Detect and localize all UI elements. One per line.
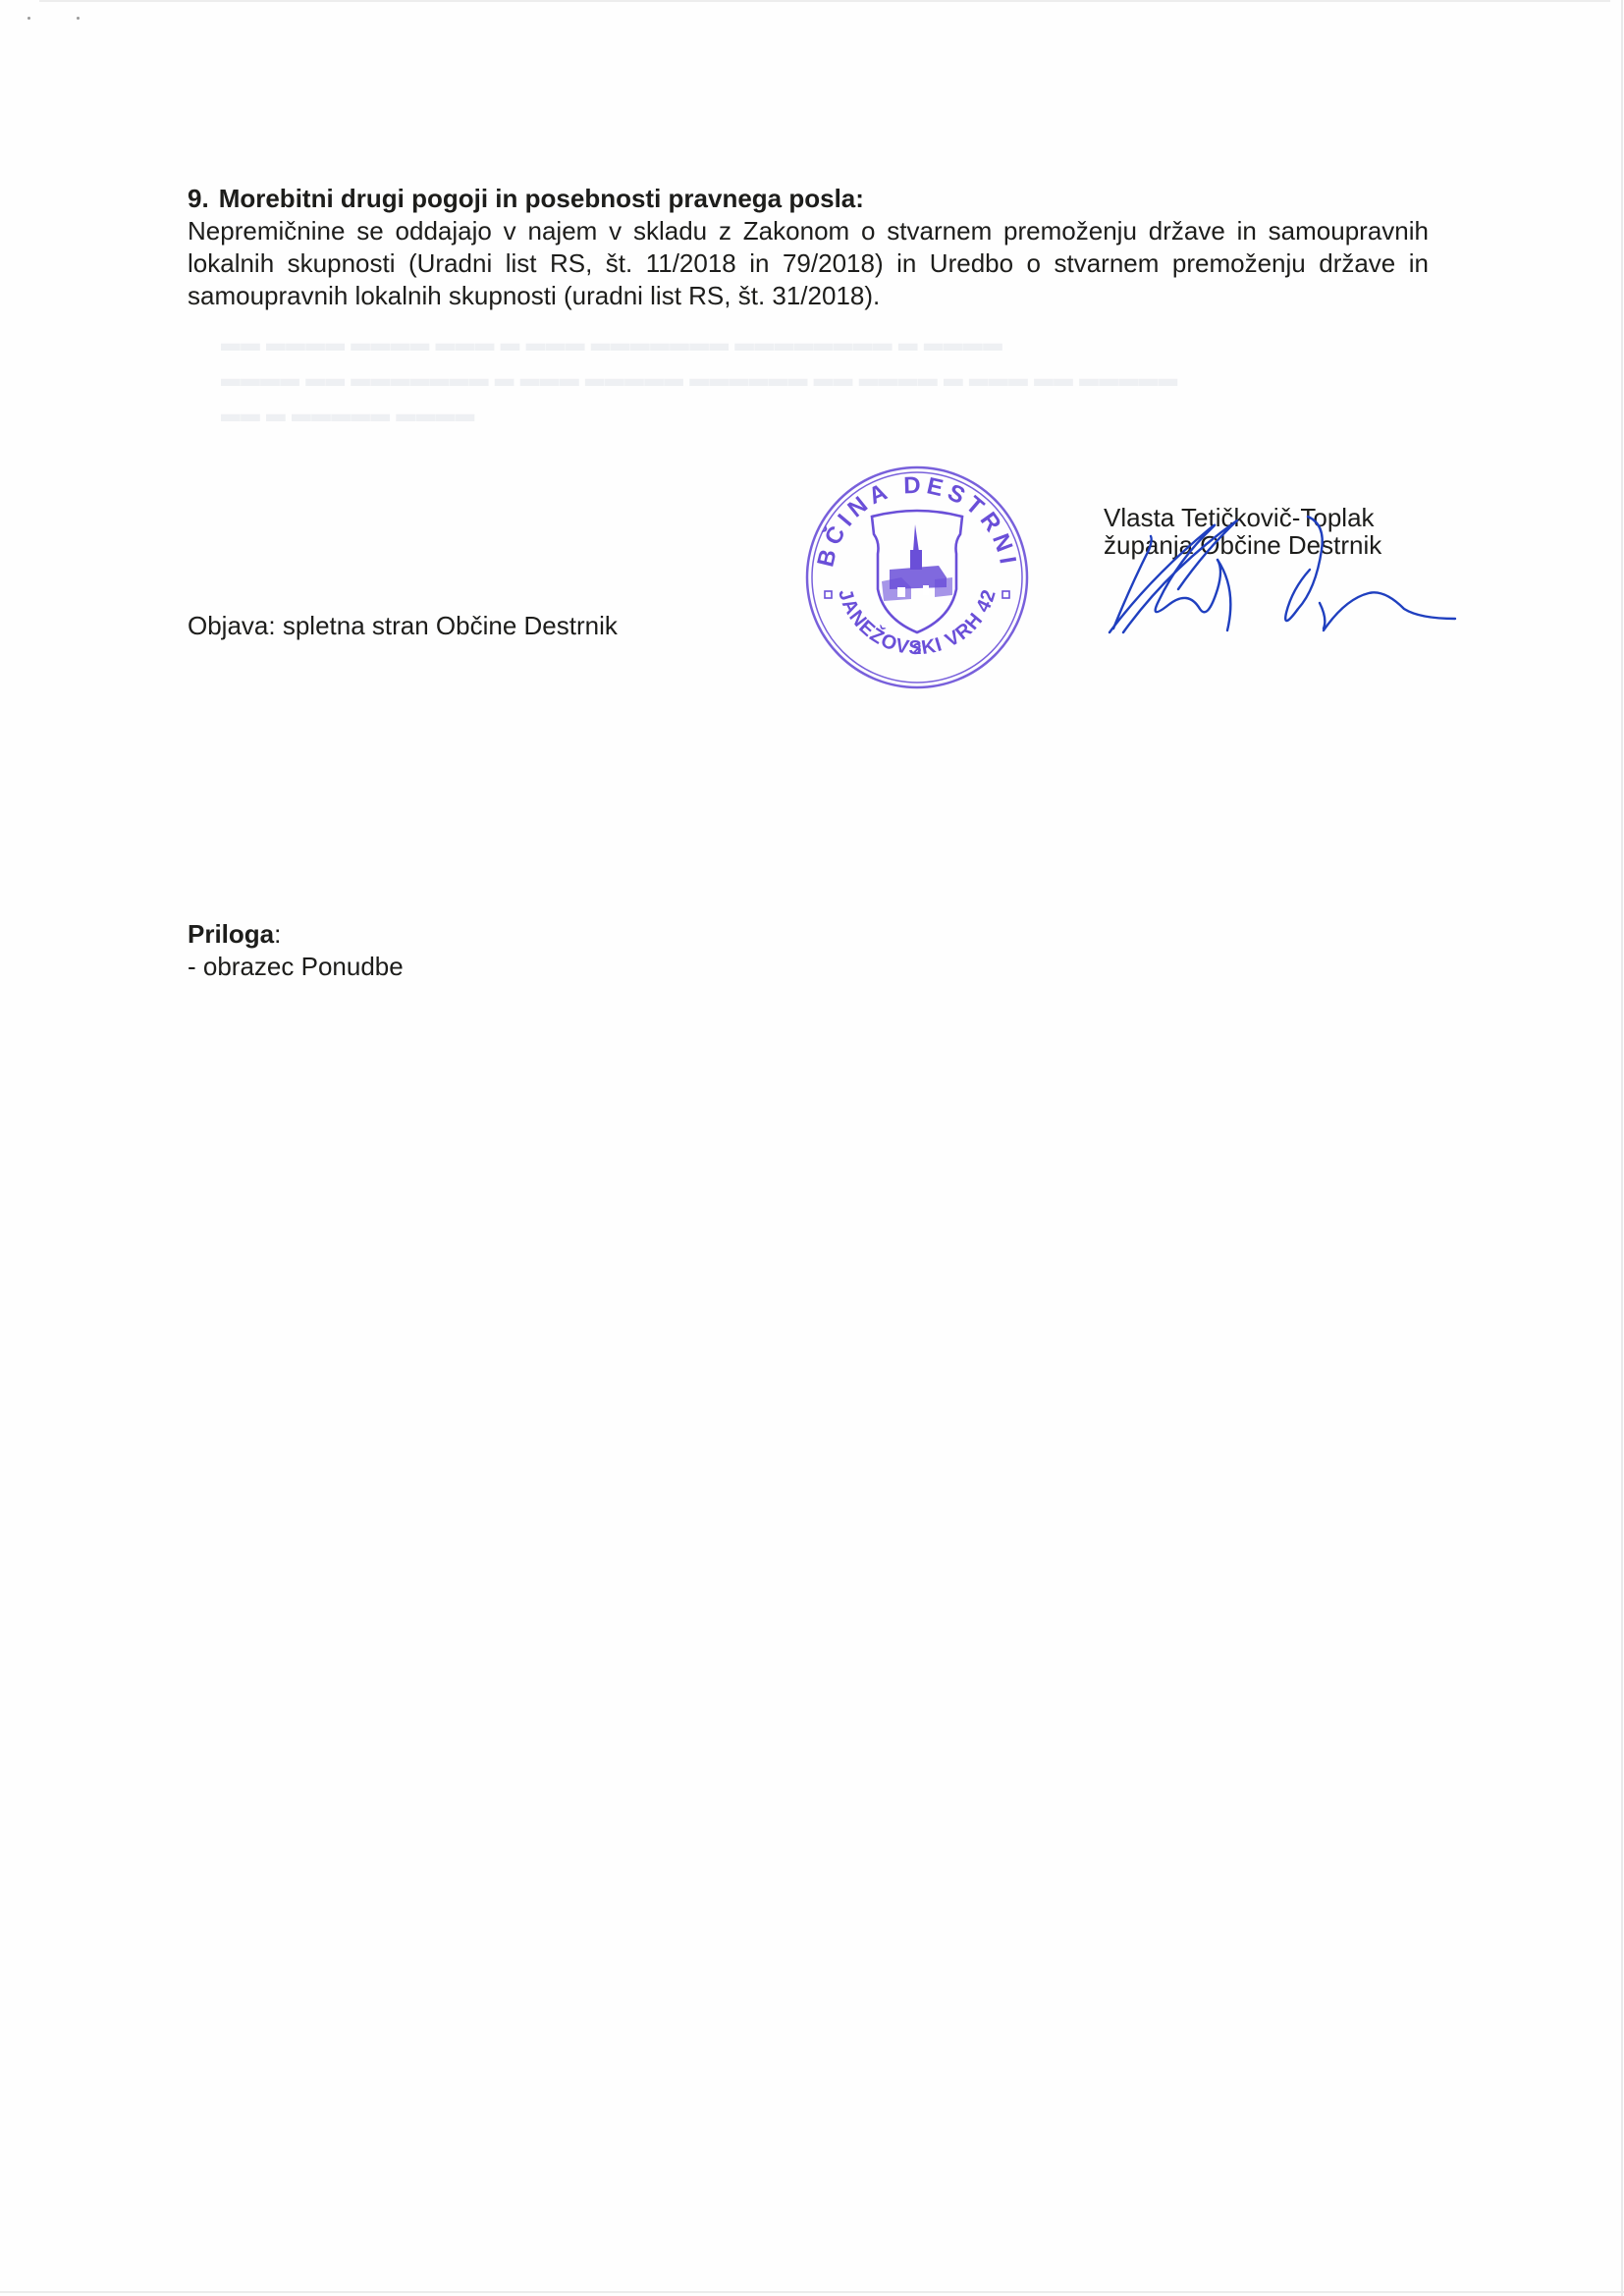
attachments-section: Priloga: - obrazec Ponudbe bbox=[188, 918, 404, 983]
attachments-label: Priloga bbox=[188, 919, 274, 949]
signatory-block: Vlasta Tetičkovič-Toplak županja Občine … bbox=[1104, 504, 1381, 559]
coat-of-arms-icon bbox=[872, 511, 962, 632]
section-number: 9. bbox=[188, 184, 209, 213]
bleed-through-line: ▬▬▬▬ ▬▬ ▬▬▬▬▬▬▬ ▬ ▬▬▬ ▬▬▬▬▬ ▬▬▬▬▬▬ ▬▬ ▬▬… bbox=[221, 365, 1178, 393]
municipality-stamp: OBČINA DESTRNIK JANEŽOVSKI VRH 42 2 bbox=[803, 464, 1031, 691]
section-other-conditions: 9.Morebitni drugi pogoji in posebnosti p… bbox=[188, 183, 1429, 312]
document-page: ▬▬ ▬▬▬▬ ▬▬▬▬ ▬▬▬ ▬ ▬▬▬ ▬▬▬▬▬▬▬ ▬▬▬▬▬▬▬▬ … bbox=[0, 0, 1624, 2296]
section-heading-text: Morebitni drugi pogoji in posebnosti pra… bbox=[219, 184, 864, 213]
publication-note: Objava: spletna stran Občine Destrnik bbox=[188, 610, 618, 642]
scan-edge-right bbox=[1621, 0, 1623, 2296]
scan-edge-bottom bbox=[0, 2291, 1624, 2293]
section-body: Nepremičnine se oddajajo v najem v sklad… bbox=[188, 215, 1429, 312]
signatory-title: županja Občine Destrnik bbox=[1104, 531, 1381, 559]
scan-edge-top bbox=[39, 0, 1610, 2]
attachment-item: - obrazec Ponudbe bbox=[188, 951, 404, 983]
bleed-through-line: ▬▬ ▬▬▬▬ ▬▬▬▬ ▬▬▬ ▬ ▬▬▬ ▬▬▬▬▬▬▬ ▬▬▬▬▬▬▬▬ … bbox=[221, 330, 1002, 357]
section-heading: 9.Morebitni drugi pogoji in posebnosti p… bbox=[188, 183, 1429, 215]
attachments-separator: : bbox=[274, 919, 281, 949]
signatory-name: Vlasta Tetičkovič-Toplak bbox=[1104, 504, 1381, 531]
stamp-center-number: 2 bbox=[913, 641, 922, 658]
scan-speck bbox=[77, 17, 80, 20]
bleed-through-line: ▬▬ ▬ ▬▬▬▬▬ ▬▬▬▬ bbox=[221, 401, 475, 428]
scan-speck bbox=[27, 17, 30, 20]
